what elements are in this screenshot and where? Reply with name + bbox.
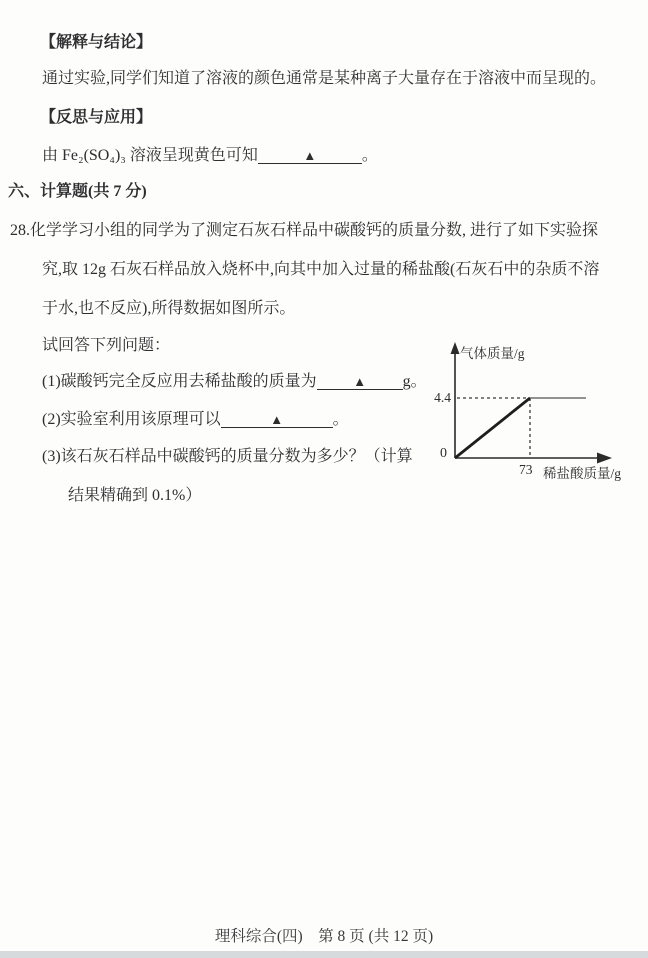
origin-tick-0: 0: [440, 446, 447, 462]
page-footer: 理科综合(四) 第 8 页 (共 12 页): [0, 924, 648, 946]
question-1-line: (1)碳酸钙完全反应用去稀盐酸的质量为▲g。: [42, 372, 427, 392]
y-axis-label: 气体质量/g: [460, 342, 525, 362]
problem-28-line-2: 究,取 12g 石灰石样品放入烧杯中,向其中加入过量的稀盐酸(石灰石中的杂质不溶: [42, 260, 599, 280]
reflect-question-prefix: 由 Fe₂(SO₄)₃ 溶液呈现黄色可知: [42, 147, 258, 164]
answer-blank: ▲: [221, 413, 333, 428]
scan-bottom-edge: [0, 951, 648, 958]
gas-mass-vs-hcl-chart: 气体质量/g 4.4 0 73 稀盐酸质量/g: [423, 336, 648, 496]
x-axis-label: 稀盐酸质量/g: [543, 462, 621, 482]
question-2-line: (2)实验室利用该原理可以▲。: [42, 410, 349, 430]
exam-page: 【解释与结论】 通过实验,同学们知道了溶液的颜色通常是某种离子大量存在于溶液中而…: [0, 0, 648, 958]
question-2-prefix: (2)实验室利用该原理可以: [42, 411, 221, 428]
data-line-rising: [455, 398, 530, 458]
explain-conclusion-header: 【解释与结论】: [40, 33, 152, 53]
question-2-suffix: 。: [333, 411, 349, 428]
questions-prompt: 试回答下列问题：: [42, 336, 170, 356]
reflect-question-suffix: 。: [362, 147, 378, 164]
reflect-apply-header: 【反思与应用】: [40, 108, 152, 128]
y-tick-4-4: 4.4: [423, 390, 451, 406]
explain-conclusion-text: 通过实验,同学们知道了溶液的颜色通常是某种离子大量存在于溶液中而呈现的。: [42, 69, 606, 89]
question-3-line-2: 结果精确到 0.1%）: [68, 486, 201, 506]
answer-placeholder-triangle-icon: ▲: [303, 148, 316, 163]
question-3-line-1: (3)该石灰石样品中碳酸钙的质量分数为多少？（计算: [42, 447, 413, 467]
problem-28-line-1: 28.化学学习小组的同学为了测定石灰石样品中碳酸钙的质量分数, 进行了如下实验探: [10, 221, 598, 241]
x-tick-73: 73: [519, 462, 533, 478]
answer-blank: ▲: [317, 375, 403, 390]
y-axis-arrow-icon: [451, 342, 460, 354]
answer-placeholder-triangle-icon: ▲: [270, 412, 283, 427]
section-title-calculation: 六、计算题(共 7 分): [8, 182, 147, 202]
problem-28-line-3: 于水,也不反应),所得数据如图所示。: [42, 299, 295, 319]
question-1-prefix: (1)碳酸钙完全反应用去稀盐酸的质量为: [42, 373, 317, 390]
answer-placeholder-triangle-icon: ▲: [353, 374, 366, 389]
answer-blank: ▲: [258, 149, 362, 164]
reflect-question-line: 由 Fe₂(SO₄)₃ 溶液呈现黄色可知▲。: [42, 146, 378, 166]
